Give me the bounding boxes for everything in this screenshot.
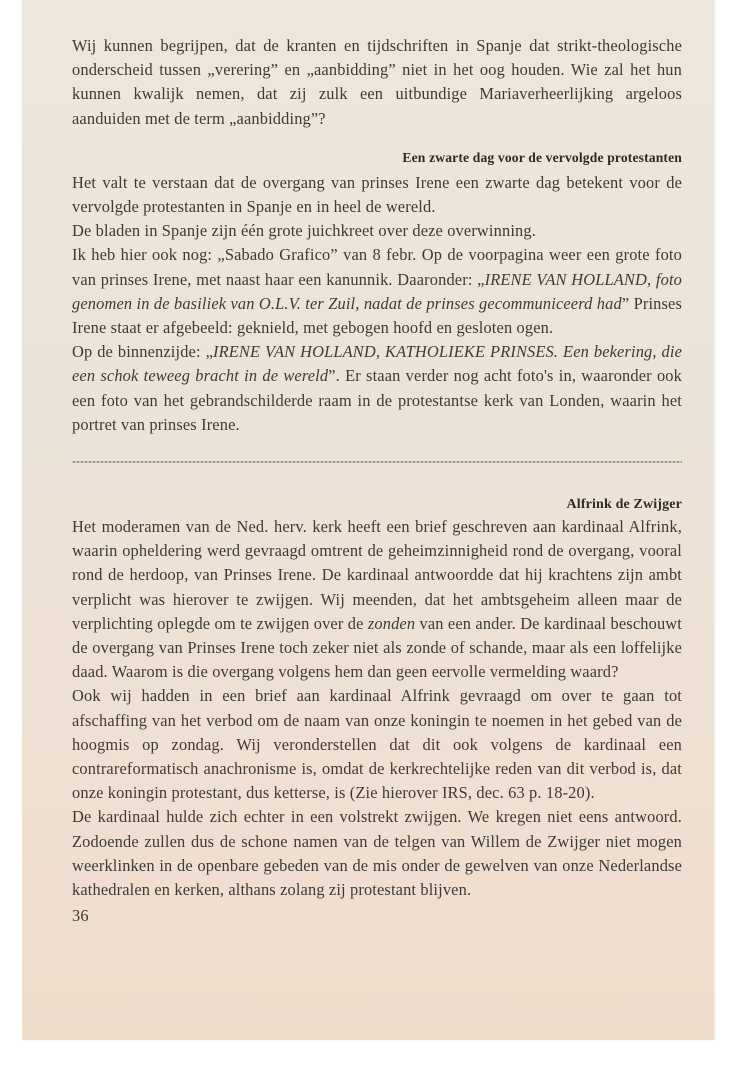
ornamental-divider bbox=[72, 459, 682, 465]
section1-paragraph-3: Ik heb hier ook nog: „Sabado Grafico” va… bbox=[72, 243, 682, 340]
section2-paragraph-2: Ook wij hadden in een brief aan kardinaa… bbox=[72, 684, 682, 805]
intro-paragraph: Wij kunnen begrijpen, dat de kranten en … bbox=[72, 34, 682, 131]
section1-paragraph-2: De bladen in Spanje zijn één grote juich… bbox=[72, 219, 682, 243]
page-number: 36 bbox=[72, 904, 682, 928]
paragraph-text: Op de binnenzijde: „ bbox=[72, 342, 213, 361]
book-page: Wij kunnen begrijpen, dat de kranten en … bbox=[22, 0, 714, 1040]
section2-paragraph-1: Het moderamen van de Ned. herv. kerk hee… bbox=[72, 515, 682, 684]
section1-paragraph-4: Op de binnenzijde: „IRENE VAN HOLLAND, K… bbox=[72, 340, 682, 437]
section-heading-zwarte-dag: Een zwarte dag voor de vervolgde protest… bbox=[72, 148, 682, 168]
section1-paragraph-1: Het valt te verstaan dat de overgang van… bbox=[72, 171, 682, 219]
section-heading-alfrink: Alfrink de Zwijger bbox=[72, 495, 682, 515]
section2-paragraph-3: De kardinaal hulde zich echter in een vo… bbox=[72, 805, 682, 902]
page-content: Wij kunnen begrijpen, dat de kranten en … bbox=[72, 34, 682, 929]
emphasis-word: zonden bbox=[368, 614, 415, 633]
